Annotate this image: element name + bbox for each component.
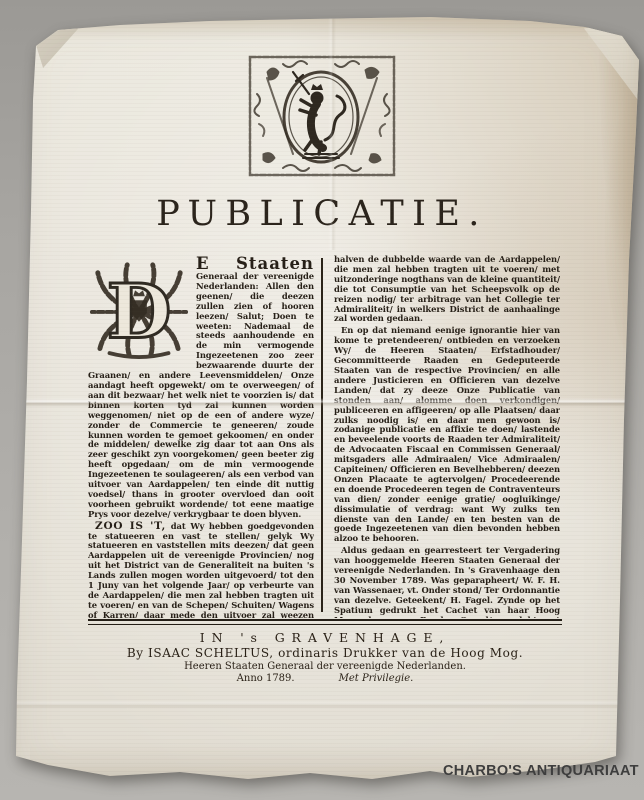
crowned-lion-crest-icon xyxy=(247,54,397,178)
imprint-divider xyxy=(88,619,562,625)
imprint-place: IN 's GRAVENHAGE, xyxy=(88,630,562,645)
text-columns: D E Staaten Generaal der vereenigde Nede… xyxy=(88,255,560,618)
body-paragraph: halven de dubbelde waarde van de Aardapp… xyxy=(334,255,560,324)
paragraph-text: dat Wy hebben goedgevonden te statueeren… xyxy=(88,521,314,618)
broadside-paper: PUBLICATIE. xyxy=(0,0,644,800)
imprint-anno: Anno 1789. xyxy=(237,673,295,684)
imprint-year-line: Anno 1789. Met Privilegie. xyxy=(88,673,562,684)
dealer-watermark: CHARBO'S ANTIQUARIAAT xyxy=(443,763,639,779)
imprint-printer: By ISAAC SCHELTUS, ordinaris Drukker van… xyxy=(88,646,562,660)
fold-crease-horizontal-faint xyxy=(0,700,644,709)
imprint: IN 's GRAVENHAGE, By ISAAC SCHELTUS, ord… xyxy=(88,629,562,684)
paper-shadow-wrap: PUBLICATIE. xyxy=(0,0,644,800)
opening-paragraph: D E Staaten Generaal der vereenigde Nede… xyxy=(88,255,314,520)
paper-stain-top xyxy=(58,16,588,40)
column-left: D E Staaten Generaal der vereenigde Nede… xyxy=(88,255,314,618)
body-paragraph: Aldus gedaan en gearresteert ter Vergade… xyxy=(334,546,560,618)
page-title: PUBLICATIE. xyxy=(80,194,564,234)
drop-cap-ornament-icon: D xyxy=(88,257,190,363)
column-right: halven de dubbelde waarde van de Aardapp… xyxy=(334,255,560,618)
body-paragraph: En op dat niemand eenige ignorantie hier… xyxy=(334,326,560,544)
imprint-privilege: Met Privilegie. xyxy=(339,673,414,684)
column-divider xyxy=(321,258,323,612)
body-paragraph: ZOO IS 'T, dat Wy hebben goedgevonden te… xyxy=(88,522,314,618)
photo-background: PUBLICATIE. xyxy=(0,0,644,800)
imprint-authority: Heeren Staaten Generaal der vereenigde N… xyxy=(88,661,562,672)
